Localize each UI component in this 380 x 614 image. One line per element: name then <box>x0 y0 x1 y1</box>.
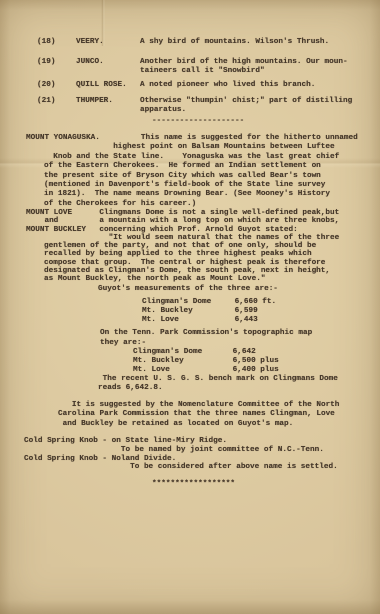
peak-elevation: 6,400 plus <box>233 366 279 374</box>
peak-name: Clingman's Dome <box>142 298 230 306</box>
section-separator: -------------------- <box>152 117 244 125</box>
entry-name: THUMPER. <box>76 97 113 105</box>
entry-number: (20) <box>37 81 55 89</box>
entry-number: (19) <box>37 58 55 66</box>
peak-name: Mt. Love <box>133 366 228 374</box>
love-buckley-paragraph: Clingmans Dome is not a single well-defi… <box>44 209 339 284</box>
peak-name: Mt. Buckley <box>133 357 228 365</box>
end-asterisks: ****************** <box>152 480 235 488</box>
entry-description: Another bird of the high mountains. Our … <box>140 58 348 77</box>
guyot-heading: Guyot's measurements of the three are:- <box>98 285 278 293</box>
cold-spring-notes: Cold Spring Knob - on State line-Miry Ri… <box>24 437 338 472</box>
peak-elevation: 6,660 ft. <box>235 298 277 306</box>
nomenclature-paragraph: It is suggested by the Nomenclature Comm… <box>58 401 339 429</box>
entry-description: Otherwise "thumpin' chist;" part of dist… <box>140 97 352 116</box>
peak-elevation: 6,443 <box>235 316 258 324</box>
entry-name: JUNCO. <box>76 58 104 66</box>
measurement-row: Mt. Buckley 6,500 plus <box>133 357 279 365</box>
peak-name: Clingman's Dome <box>133 348 228 356</box>
entry-description: A shy bird of mountains. Wilson's Thrush… <box>140 38 329 47</box>
peak-elevation: 6,599 <box>235 307 258 315</box>
measurement-row: Clingman's Dome 6,660 ft. <box>142 298 276 306</box>
entry-number: (18) <box>37 38 55 46</box>
measurement-row: Mt. Love 6,400 plus <box>133 366 279 374</box>
measurement-row: Clingman's Dome 6,642 <box>133 348 256 356</box>
peak-name: Mt. Buckley <box>142 307 230 315</box>
peak-elevation: 6,642 <box>233 348 256 356</box>
entry-name: QUILL ROSE. <box>76 81 127 89</box>
tenn-commission-intro: On the Tenn. Park Commission's topograph… <box>100 329 312 348</box>
measurement-row: Mt. Buckley 6,599 <box>142 307 258 315</box>
entry-name: VEERY. <box>76 38 104 46</box>
entry-description: A noted pioneer who lived this branch. <box>140 81 315 90</box>
peak-elevation: 6,500 plus <box>233 357 279 365</box>
entry-number: (21) <box>37 97 55 105</box>
document-page: (18) VEERY. A shy bird of mountains. Wil… <box>0 0 380 614</box>
yonaguska-paragraph: This name is suggested for the hitherto … <box>44 134 358 209</box>
peak-name: Mt. Love <box>142 316 230 324</box>
measurement-row: Mt. Love 6,443 <box>142 316 258 324</box>
bench-mark-note: The recent U. S. G. S. bench mark on Cli… <box>98 375 338 394</box>
